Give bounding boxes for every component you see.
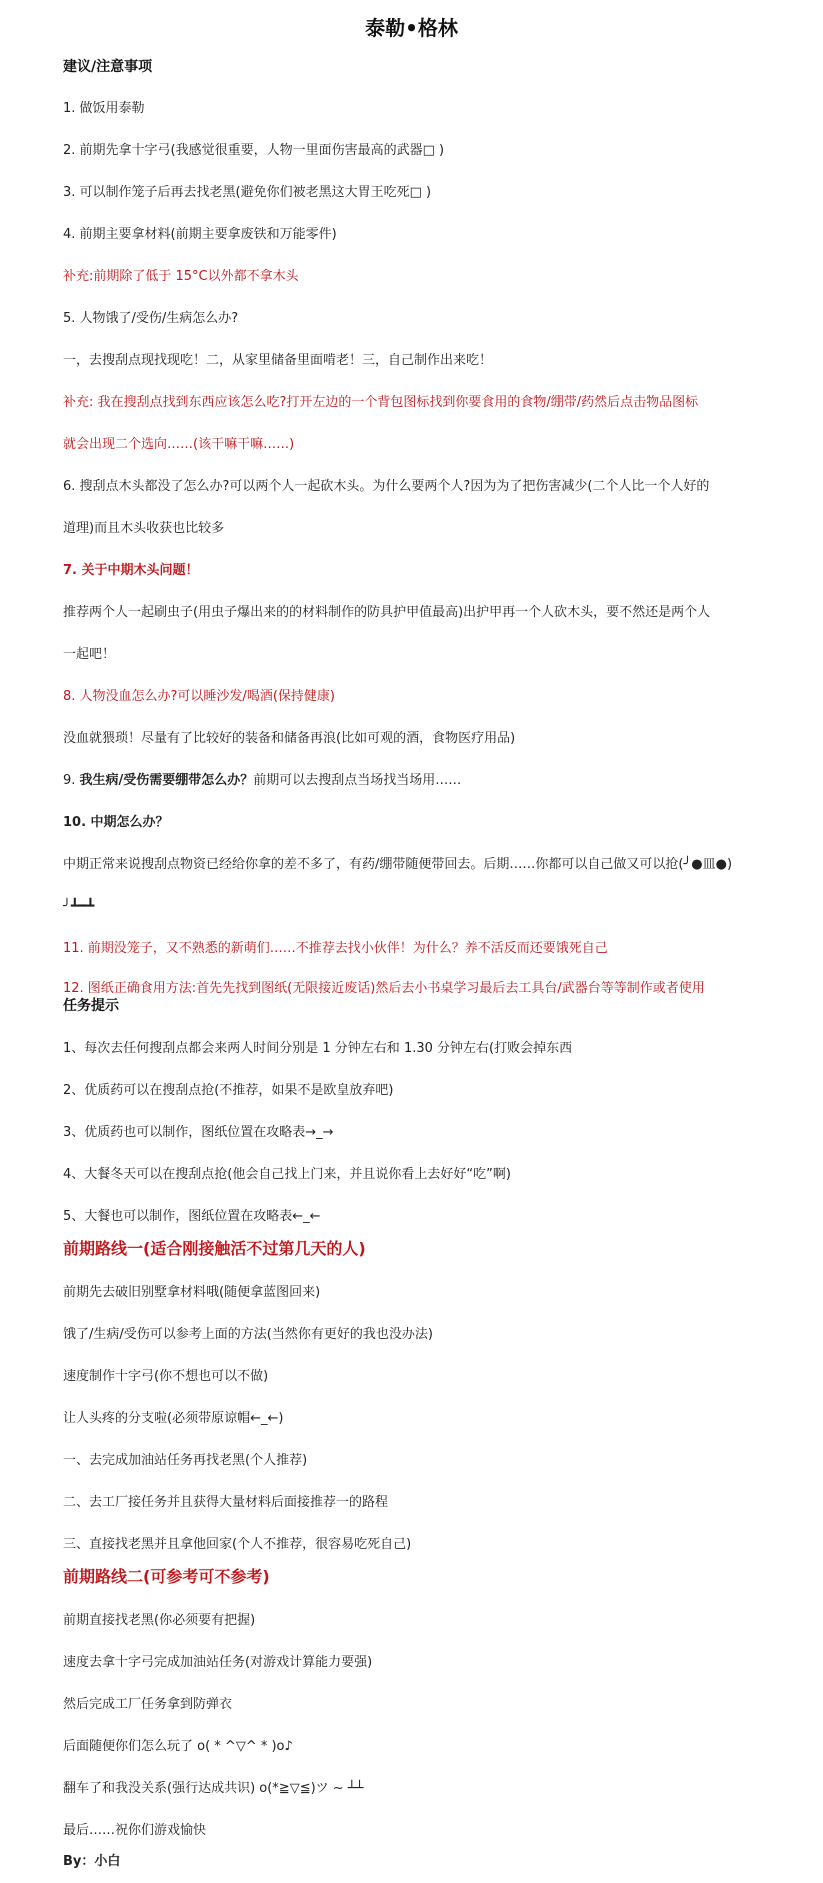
section-heading-tips: 建议/注意事项 xyxy=(63,58,152,76)
section-heading-quests: 任务提示 xyxy=(63,997,119,1015)
tip-item: 12. 图纸正确食用方法:首先先找到图纸(无限接近废话)然后去小书桌学习最后去工… xyxy=(63,980,705,998)
route2-item: 前期直接找老黑(你必须要有把握) xyxy=(63,1612,255,1630)
signature: By：小白 xyxy=(63,1853,120,1871)
route1-item: 速度制作十字弓(你不想也可以不做) xyxy=(63,1368,268,1386)
route2-item: 翻车了和我没关系(强行达成共识) o(*≧▽≦)ツ ~ ┴┴ xyxy=(63,1780,363,1798)
route1-item: 一、去完成加油站任务再找老黑(个人推荐) xyxy=(63,1452,307,1470)
tip-item: 5. 人物饿了/受伤/生病怎么办? xyxy=(63,310,238,328)
quest-item: 3、优质药也可以制作，图纸位置在攻略表→_→ xyxy=(63,1124,334,1142)
route2-item: 最后……祝你们游戏愉快 xyxy=(63,1822,206,1840)
section-heading-route-2: 前期路线二(可参考可不参考) xyxy=(63,1568,270,1586)
section-heading-route-1: 前期路线一(适合刚接触活不过第几天的人) xyxy=(63,1240,366,1258)
tip-note: 补充: 我在搜刮点找到东西应该怎么吃?打开左边的一个背包图标找到你要食用的食物/… xyxy=(63,394,698,412)
tip-note: 补充:前期除了低于 15°C以外都不拿木头 xyxy=(63,268,299,286)
tip-item-cont: 一起吧！ xyxy=(63,646,115,664)
tip-number: 9. xyxy=(63,773,80,788)
tip-note-cont: 就会出现二个选向……(该干嘛干嘛……) xyxy=(63,436,294,454)
quest-item: 4、大餐冬天可以在搜刮点抢(他会自己找上门来，并且说你看上去好好“吃”啊) xyxy=(63,1166,511,1184)
tip-item: 11. 前期没笼子，又不熟悉的新萌们……不推荐去找小伙伴！为什么？养不活反而还要… xyxy=(63,940,608,958)
tip-answer: 前期可以去搜刮点当场找当场用…… xyxy=(253,773,461,788)
route1-item: 让人头疼的分支啦(必须带原谅帽←_←) xyxy=(63,1410,283,1428)
tip-item: 没血就猥琐！尽量有了比较好的装备和储备再浪(比如可观的酒，食物医疗用品) xyxy=(63,730,515,748)
page-title: 泰勒•格林 xyxy=(0,12,823,41)
route2-item: 后面随便你们怎么玩了 o( * ^▽^ * )o♪ xyxy=(63,1738,293,1756)
route2-item: 速度去拿十字弓完成加油站任务(对游戏计算能力要强) xyxy=(63,1654,372,1672)
route1-item: 前期先去破旧别墅拿材料哦(随便拿蓝图回来) xyxy=(63,1284,320,1302)
tip-item-bold: 7. 关于中期木头问题！ xyxy=(63,562,199,580)
tip-item: 2. 前期先拿十字弓(我感觉很重要，人物一里面伤害最高的武器□ ) xyxy=(63,142,444,160)
tip-item: 一，去搜刮点现找现吃！二，从家里储备里面啃老！三，自己制作出来吃！ xyxy=(63,352,492,370)
quest-item: 2、优质药可以在搜刮点抢(不推荐，如果不是欧皇放弃吧) xyxy=(63,1082,393,1100)
tip-item: 1. 做饭用泰勒 xyxy=(63,100,145,118)
tip-item: 3. 可以制作笼子后再去找老黑(避免你们被老黑这大胃王吃死□ ) xyxy=(63,184,431,202)
tip-item: 9. 我生病/受伤需要绷带怎么办？前期可以去搜刮点当场找当场用…… xyxy=(63,772,461,790)
tip-item-cont: ╯┻━┻ xyxy=(63,898,94,916)
tip-question: 我生病/受伤需要绷带怎么办？ xyxy=(80,773,254,788)
tip-item: 4. 前期主要拿材料(前期主要拿废铁和万能零件) xyxy=(63,226,337,244)
route1-item: 饿了/生病/受伤可以参考上面的方法(当然你有更好的我也没办法) xyxy=(63,1326,433,1344)
tip-item: 8. 人物没血怎么办?可以睡沙发/喝酒(保持健康) xyxy=(63,688,335,706)
tip-item: 中期正常来说搜刮点物资已经给你拿的差不多了，有药/绷带随便带回去。后期……你都可… xyxy=(63,856,732,874)
quest-item: 5、大餐也可以制作，图纸位置在攻略表←_← xyxy=(63,1208,321,1226)
route1-item: 三、直接找老黑并且拿他回家(个人不推荐，很容易吃死自己) xyxy=(63,1536,411,1554)
tip-item-bold: 10. 中期怎么办？ xyxy=(63,814,169,832)
route1-item: 二、去工厂接任务并且获得大量材料后面接推荐一的路程 xyxy=(63,1494,388,1512)
tip-item: 6. 搜刮点木头都没了怎么办?可以两个人一起砍木头。为什么要两个人?因为为了把伤… xyxy=(63,478,709,496)
quest-item: 1、每次去任何搜刮点都会来两人时间分别是 1 分钟左右和 1.30 分钟左右(打… xyxy=(63,1040,572,1058)
tip-item: 推荐两个人一起刷虫子(用虫子爆出来的的材料制作的防具护甲值最高)出护甲再一个人砍… xyxy=(63,604,710,622)
route2-item: 然后完成工厂任务拿到防弹衣 xyxy=(63,1696,232,1714)
tip-item-cont: 道理)而且木头收获也比较多 xyxy=(63,520,224,538)
